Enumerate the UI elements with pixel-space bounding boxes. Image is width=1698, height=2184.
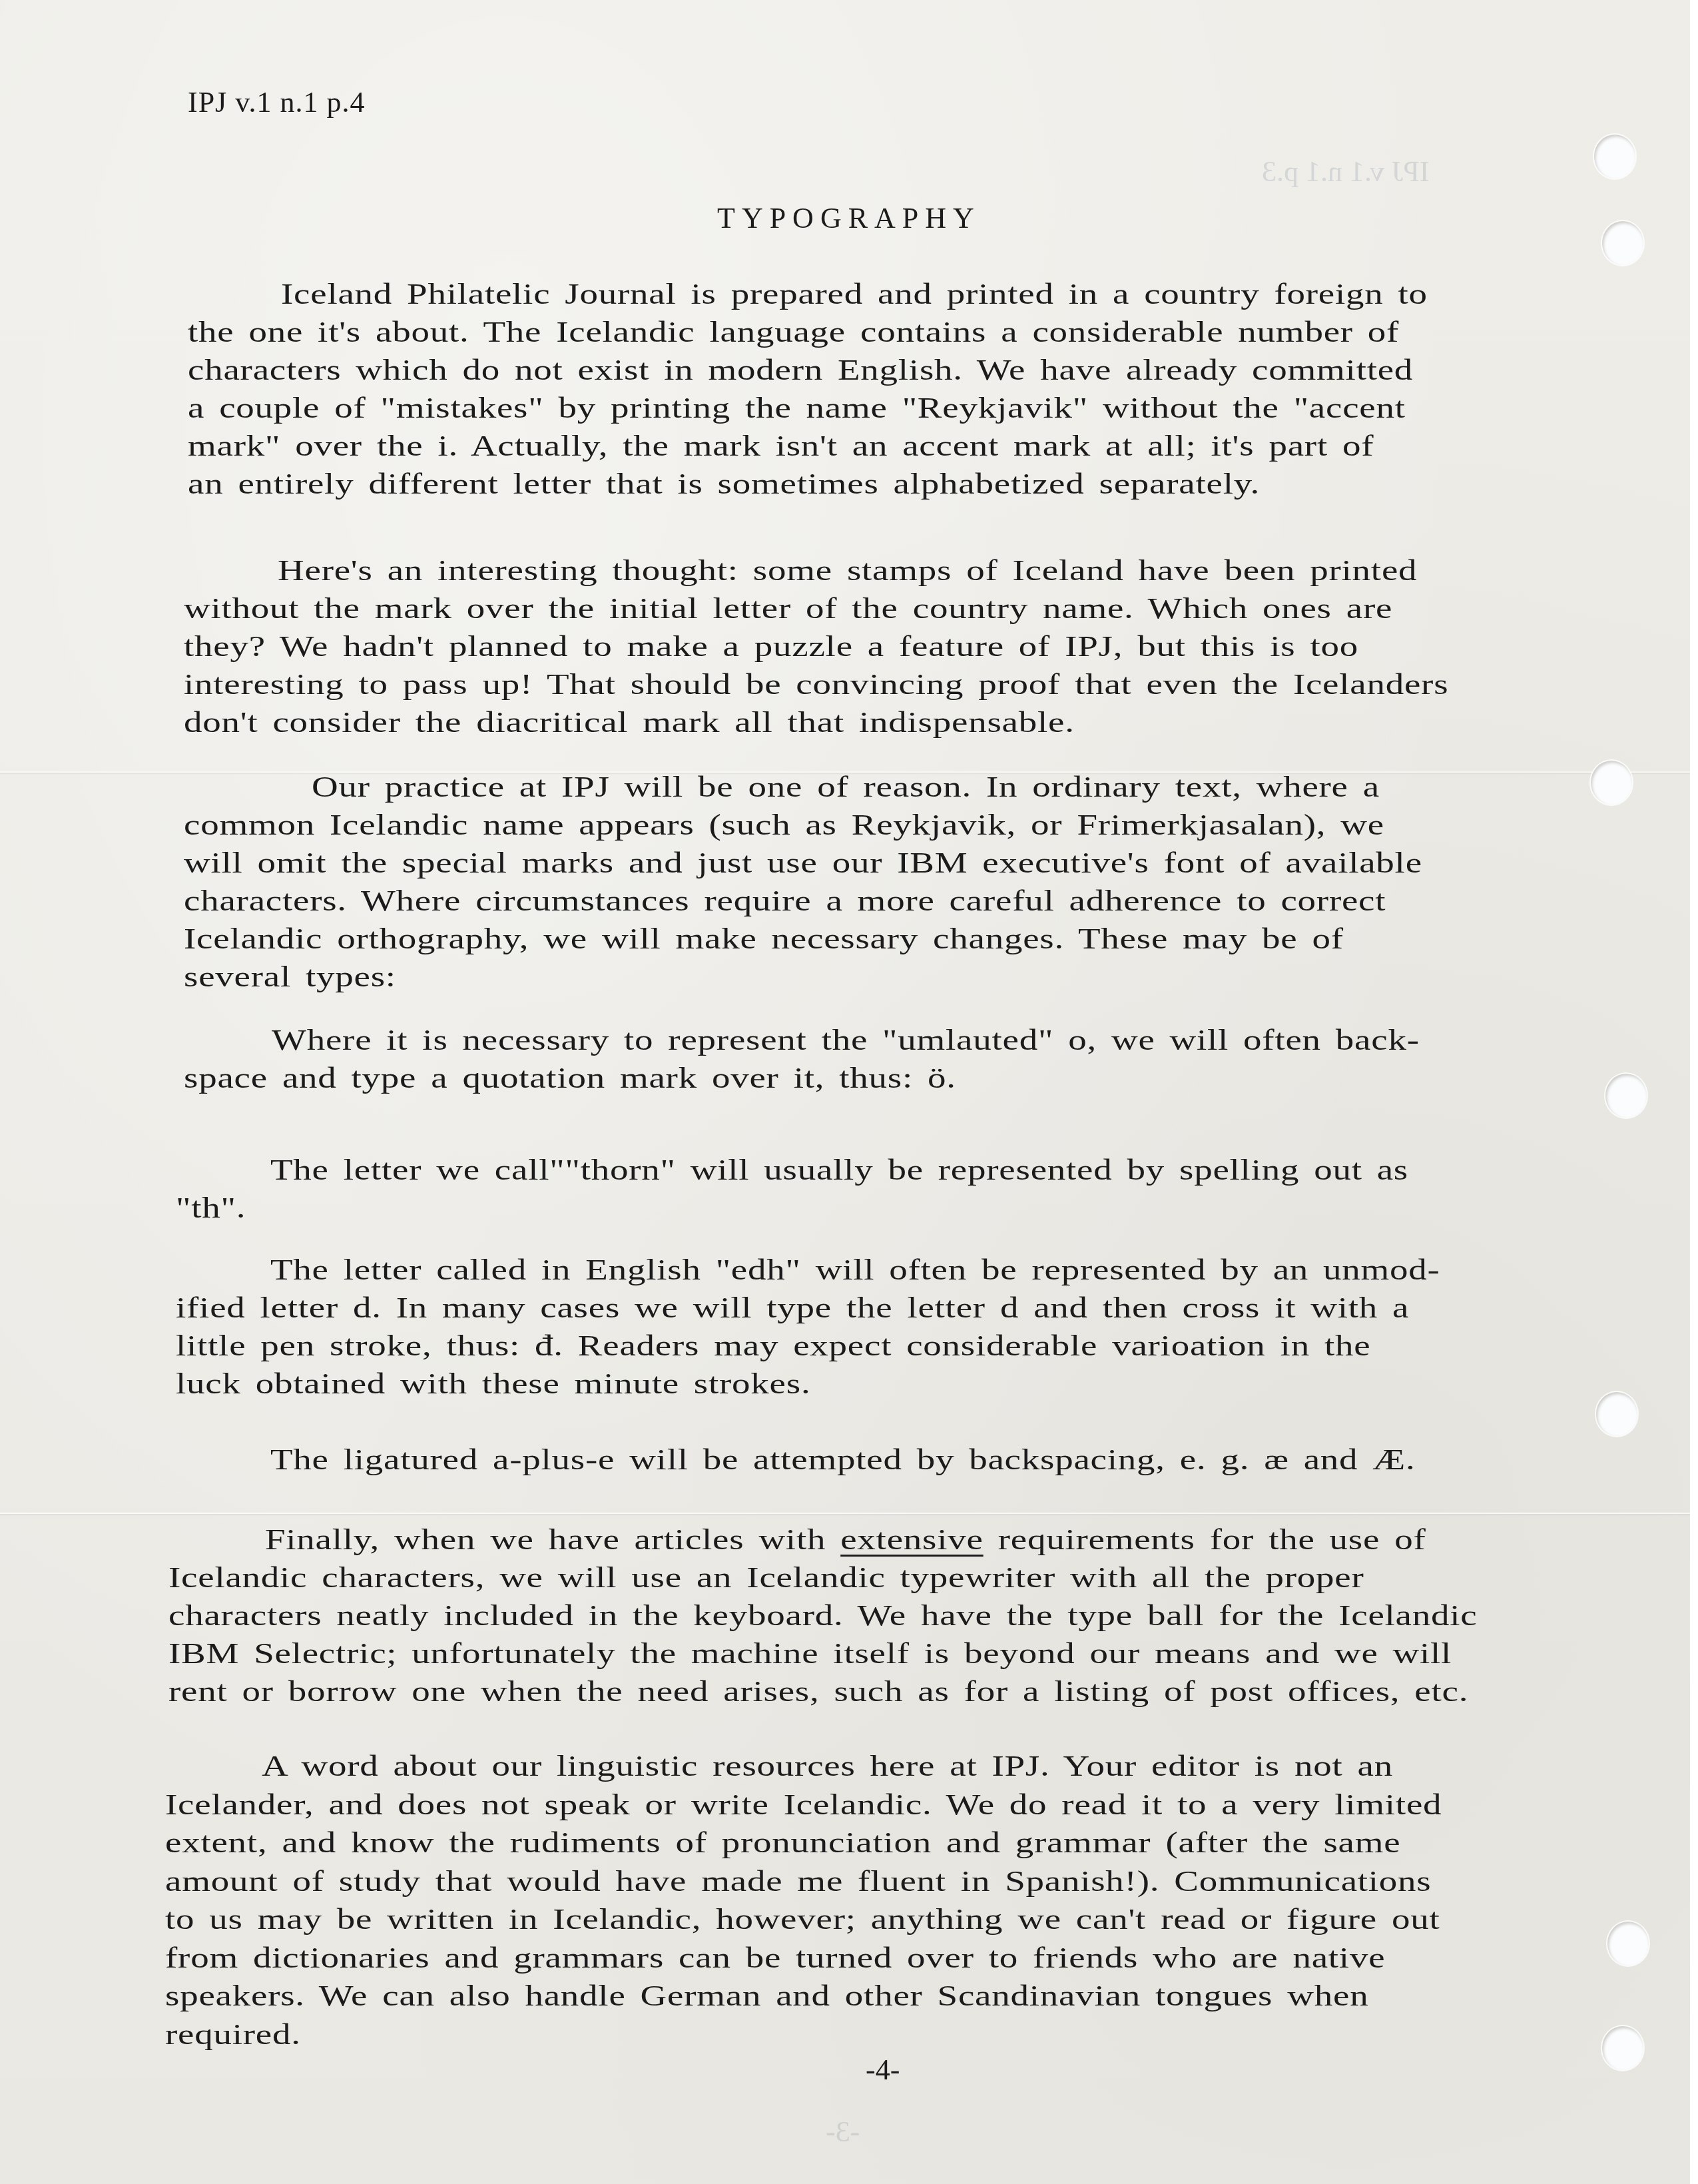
- text-line: IBM Selectric; unfortunately the machine…: [168, 1639, 1452, 1668]
- text-line: will omit the special marks and just use…: [184, 849, 1422, 878]
- binder-hole: [1602, 2026, 1643, 2070]
- text-line: Here's an interesting thought: some stam…: [278, 556, 1417, 585]
- text-line: Icelandic characters, we will use an Ice…: [168, 1563, 1364, 1593]
- text-line: characters which do not exist in modern …: [188, 356, 1413, 385]
- text-line: extent, and know the rudiments of pronun…: [165, 1828, 1400, 1858]
- text-line: Finally, when we have articles with exte…: [265, 1525, 1426, 1555]
- binder-hole: [1602, 221, 1643, 265]
- text-line: Iceland Philatelic Journal is prepared a…: [281, 280, 1428, 309]
- text-line: A word about our linguistic resources he…: [262, 1752, 1393, 1781]
- text-line: Icelandic orthography, we will make nece…: [184, 924, 1344, 954]
- text-line: luck obtained with these minute strokes.: [176, 1369, 810, 1399]
- binder-hole: [1605, 1074, 1647, 1118]
- text-line: they? We hadn't planned to make a puzzle…: [184, 632, 1358, 661]
- text-line: space and type a quotation mark over it,…: [184, 1064, 956, 1093]
- fold-crease: [0, 1512, 1690, 1516]
- text-line: rent or borrow one when the need arises,…: [168, 1677, 1468, 1706]
- page-number: -4-: [866, 2053, 900, 2087]
- text-line: speakers. We can also handle German and …: [165, 1982, 1368, 2011]
- text-line: common Icelandic name appears (such as R…: [184, 811, 1384, 840]
- show-through-page-number: -3-: [826, 2115, 860, 2149]
- binder-hole: [1594, 135, 1635, 179]
- text-line: from dictionaries and grammars can be tu…: [165, 1944, 1385, 1973]
- text-line: don't consider the diacritical mark all …: [184, 708, 1075, 737]
- text-line: without the mark over the initial letter…: [184, 594, 1392, 623]
- text-line: amount of study that would have made me …: [165, 1867, 1432, 1896]
- text-line: ified letter d. In many cases we will ty…: [176, 1293, 1409, 1323]
- text-line: to us may be written in Icelandic, howev…: [165, 1905, 1440, 1934]
- page-title: TYPOGRAPHY: [717, 201, 981, 235]
- text-line: interesting to pass up! That should be c…: [184, 670, 1448, 699]
- issue-reference: IPJ v.1 n.1 p.4: [188, 85, 365, 119]
- text-line: Icelander, and does not speak or write I…: [165, 1790, 1442, 1820]
- emphasized-word: extensive: [840, 1523, 983, 1556]
- text-line: the one it's about. The Icelandic langua…: [188, 318, 1399, 347]
- text-line: little pen stroke, thus: đ. Readers may …: [176, 1331, 1370, 1361]
- text-line: required.: [165, 2020, 301, 2049]
- text-line: "th".: [176, 1194, 246, 1223]
- text-line: The letter we call""thorn" will usually …: [270, 1156, 1408, 1185]
- text-line: The ligatured a-plus-e will be attempted…: [270, 1445, 1415, 1475]
- text-line: several types:: [184, 962, 396, 992]
- binder-hole: [1591, 761, 1632, 805]
- document-page: IPJ v.1 n.1 p.3 -3- IPJ v.1 n.1 p.4 TYPO…: [0, 0, 1690, 2184]
- text-line: characters neatly included in the keyboa…: [168, 1601, 1477, 1631]
- binder-hole: [1596, 1392, 1637, 1436]
- text-line: Where it is necessary to represent the "…: [272, 1026, 1420, 1055]
- text-line: characters. Where circumstances require …: [184, 887, 1386, 916]
- text-line: a couple of "mistakes" by printing the n…: [188, 394, 1406, 423]
- text-line: Our practice at IPJ will be one of reaso…: [312, 773, 1380, 802]
- show-through-header: IPJ v.1 n.1 p.3: [1262, 155, 1429, 188]
- binder-hole: [1607, 1922, 1649, 1966]
- text-line: an entirely different letter that is som…: [188, 470, 1260, 499]
- text-line: mark" over the i. Actually, the mark isn…: [188, 432, 1374, 461]
- text-line: The letter called in English "edh" will …: [270, 1256, 1440, 1285]
